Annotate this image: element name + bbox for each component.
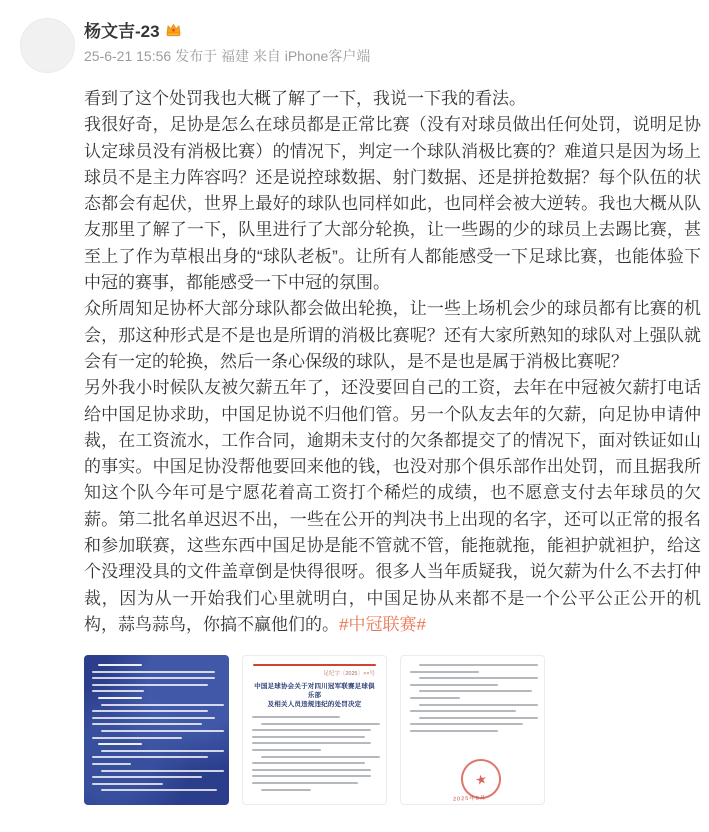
text-lines (419, 664, 538, 666)
attachment-images: 足纪字〔2025〕××号 中国足球协会关于对四川冠军联赛足球俱乐部 及相关人员违… (84, 655, 545, 805)
paragraph: 众所周知足协杯大部分球队都会做出轮换，让一些上场机会少的球员都有比赛的机会，那这… (84, 296, 701, 375)
paragraph-text: 另外我小时候队友被欠薪五年了，还没要回自己的工资，去年在中冠被欠薪打电话给中国足… (84, 378, 701, 634)
text-lines (252, 716, 340, 718)
paragraph: 我很好奇，足协是怎么在球员都是正常比赛（没有对球员做出任何处罚，说明足协认定球员… (84, 112, 701, 296)
vip-crown-badge-icon (165, 21, 182, 38)
document-reference-number: 足纪字〔2025〕××号 (252, 671, 375, 678)
attachment-blue-document[interactable] (84, 655, 229, 805)
paragraph: 看到了这个处罚我也大概了解了一下，我说一下我的看法。 (84, 86, 701, 112)
author-row: 杨文吉-23 (84, 17, 182, 42)
text-lines (98, 664, 142, 666)
seal-date: 2025年6月 (453, 793, 487, 802)
post-content: 看到了这个处罚我也大概了解了一下，我说一下我的看法。 我很好奇，足协是怎么在球员… (84, 86, 701, 638)
post-meta: 25-6-21 15:56 发布于 福建 来自 iPhone客户端 (84, 46, 370, 66)
document-red-header-line (253, 664, 376, 666)
avatar[interactable] (20, 18, 75, 73)
weibo-post-page: { "post": { "author": { "name": "杨文吉-23"… (0, 0, 709, 832)
paragraph: 另外我小时候队友被欠薪五年了，还没要回自己的工资，去年在中冠被欠薪打电话给中国足… (84, 375, 701, 638)
attachment-seal-page-document[interactable]: ★ 2025年6月 (400, 655, 545, 805)
document-title: 中国足球协会关于对四川冠军联赛足球俱乐部 及相关人员违规违纪的处罚决定 (252, 682, 377, 709)
author-name[interactable]: 杨文吉-23 (84, 17, 160, 42)
attachment-penalty-decision-document[interactable]: 足纪字〔2025〕××号 中国足球协会关于对四川冠军联赛足球俱乐部 及相关人员违… (242, 655, 387, 805)
hashtag-link[interactable]: #中冠联赛# (339, 615, 426, 634)
